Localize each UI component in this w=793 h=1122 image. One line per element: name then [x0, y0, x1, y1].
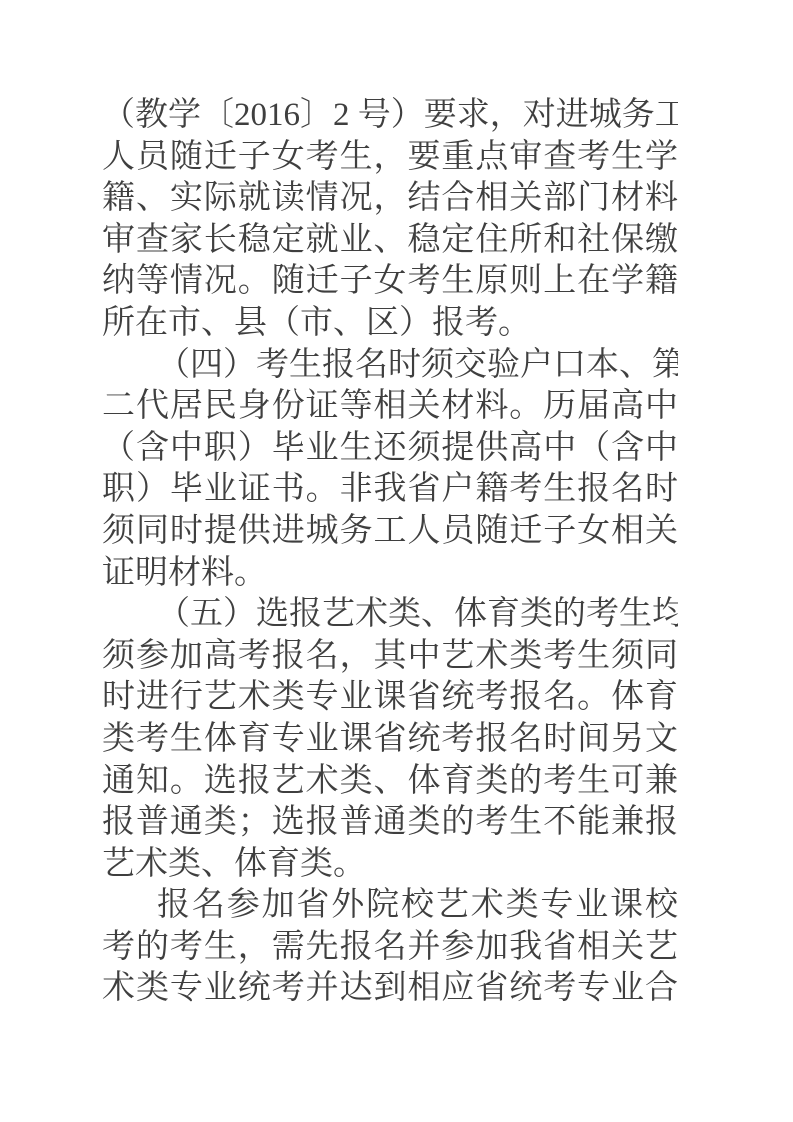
- text-line: 考的考生，需先报名并参加我省相关艺: [102, 927, 678, 969]
- paragraph: （四）考生报名时须交验户口本、第二代居民身份证等相关材料。历届高中（含中职）毕业…: [102, 345, 678, 595]
- text-line: 纳等情况。随迁子女考生原则上在学籍: [102, 261, 678, 303]
- paragraph: （教学〔2016〕2 号）要求，对进城务工人员随迁子女考生，要重点审查考生学籍、…: [102, 95, 678, 345]
- text-line: 报普通类；选报普通类的考生不能兼报: [102, 802, 678, 844]
- text-line: 术类专业统考并达到相应省统考专业合: [102, 968, 678, 1010]
- text-line: （四）考生报名时须交验户口本、第: [102, 345, 678, 387]
- text-line: 人员随迁子女考生，要重点审查考生学: [102, 137, 678, 179]
- text-line: （教学〔2016〕2 号）要求，对进城务工: [102, 95, 678, 137]
- text-line: 所在市、县（市、区）报考。: [102, 303, 678, 345]
- text-line: 职）毕业证书。非我省户籍考生报名时: [102, 469, 678, 511]
- text-line: 审查家长稳定就业、稳定住所和社保缴: [102, 220, 678, 262]
- text-line: 时进行艺术类专业课省统考报名。体育: [102, 677, 678, 719]
- document-text: （教学〔2016〕2 号）要求，对进城务工人员随迁子女考生，要重点审查考生学籍、…: [102, 95, 678, 1010]
- text-line: 证明材料。: [102, 553, 678, 595]
- text-line: 类考生体育专业课省统考报名时间另文: [102, 719, 678, 761]
- text-line: 须参加高考报名，其中艺术类考生须同: [102, 636, 678, 678]
- text-line: 二代居民身份证等相关材料。历届高中: [102, 386, 678, 428]
- paragraph: （五）选报艺术类、体育类的考生均须参加高考报名，其中艺术类考生须同时进行艺术类专…: [102, 594, 678, 885]
- text-line: 通知。选报艺术类、体育类的考生可兼: [102, 761, 678, 803]
- paragraph: 报名参加省外院校艺术类专业课校考的考生，需先报名并参加我省相关艺术类专业统考并达…: [102, 885, 678, 1010]
- text-line: 艺术类、体育类。: [102, 844, 678, 886]
- text-line: 籍、实际就读情况，结合相关部门材料: [102, 178, 678, 220]
- text-line: （含中职）毕业生还须提供高中（含中: [102, 428, 678, 470]
- page-background: { "page": { "background": "#ffffff", "te…: [0, 0, 793, 1122]
- text-line: 报名参加省外院校艺术类专业课校: [102, 885, 678, 927]
- text-line: 须同时提供进城务工人员随迁子女相关: [102, 511, 678, 553]
- document-page: （教学〔2016〕2 号）要求，对进城务工人员随迁子女考生，要重点审查考生学籍、…: [0, 0, 793, 1122]
- text-line: （五）选报艺术类、体育类的考生均: [102, 594, 678, 636]
